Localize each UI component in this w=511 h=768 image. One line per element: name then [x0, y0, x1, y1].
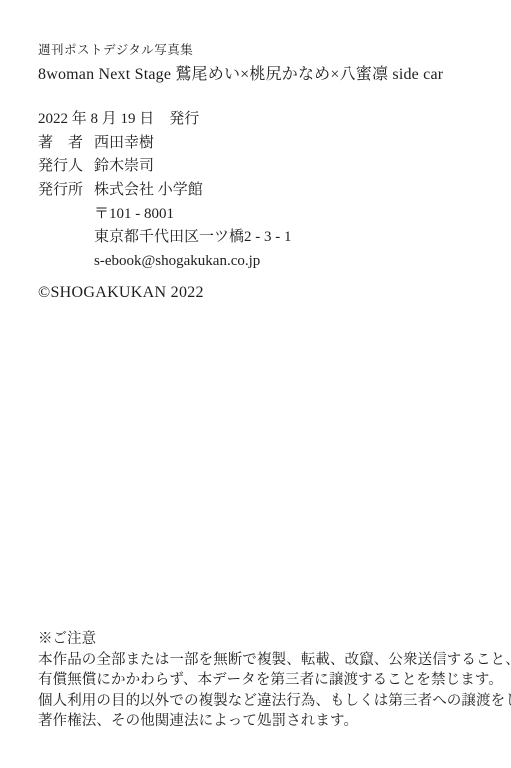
- issuer-row: 発行人鈴木崇司: [38, 155, 292, 179]
- notice-heading: ※ご注意: [38, 629, 497, 650]
- postal-code: 〒101 - 8001: [38, 203, 292, 227]
- copyright-line: ©SHOGAKUKAN 2022: [38, 284, 204, 302]
- author-row: 著 者西田幸樹: [38, 132, 292, 156]
- issuer-label: 発行人: [38, 155, 94, 179]
- notice-line: 著作権法、その他関連法によって処罰されます。: [38, 711, 497, 732]
- notice-line: 有償無償にかかわらず、本データを第三者に譲渡することを禁じます。: [38, 670, 497, 691]
- publisher-label: 発行所: [38, 179, 94, 203]
- address: 東京都千代田区一ツ橋2 - 3 - 1: [38, 226, 292, 250]
- colophon-page: 週刊ポストデジタル写真集 8woman Next Stage 鷲尾めい×桃尻かな…: [0, 0, 511, 768]
- book-title: 8woman Next Stage 鷲尾めい×桃尻かなめ×八蜜凛 side ca…: [38, 64, 491, 86]
- author-name: 西田幸樹: [94, 135, 154, 151]
- issuer-name: 鈴木崇司: [94, 158, 154, 174]
- publication-info: 2022 年 8 月 19 日 発行 著 者西田幸樹 発行人鈴木崇司 発行所株式…: [38, 108, 292, 274]
- notice-line: 個人利用の目的以外での複製など違法行為、もしくは第三者への譲渡をしますと: [38, 691, 497, 712]
- publisher-name: 株式会社 小学館: [94, 182, 203, 198]
- series-title: 週刊ポストデジタル写真集: [38, 42, 491, 60]
- author-label: 著 者: [38, 132, 94, 156]
- title-block: 週刊ポストデジタル写真集 8woman Next Stage 鷲尾めい×桃尻かな…: [38, 42, 491, 85]
- publisher-row: 発行所株式会社 小学館: [38, 179, 292, 203]
- notice-block: ※ご注意 本作品の全部または一部を無断で複製、転載、改竄、公衆送信すること、およ…: [38, 629, 497, 732]
- notice-line: 本作品の全部または一部を無断で複製、転載、改竄、公衆送信すること、および: [38, 650, 497, 671]
- publication-date: 2022 年 8 月 19 日 発行: [38, 108, 292, 132]
- contact-email: s-ebook@shogakukan.co.jp: [38, 250, 292, 274]
